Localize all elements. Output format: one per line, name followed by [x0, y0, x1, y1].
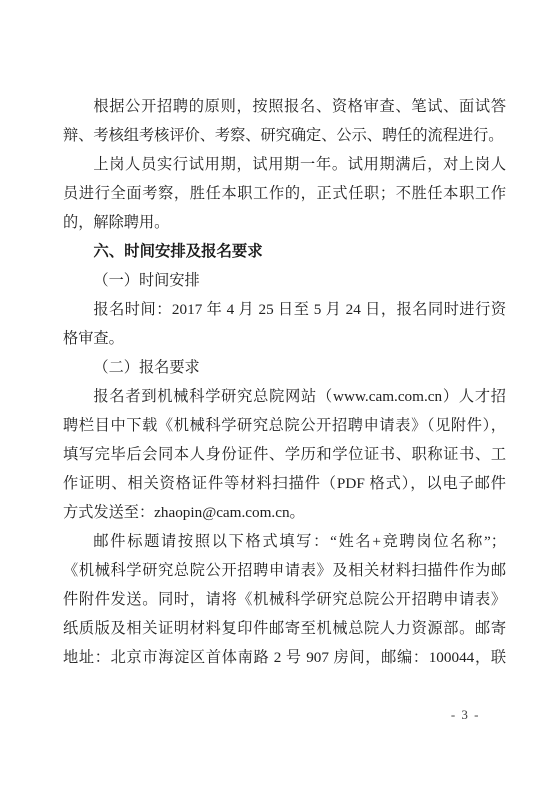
- document-line: 上岗人员实行试用期，试用期一年。试用期满后，对上岗人: [63, 150, 506, 179]
- document-line: （二）报名要求: [63, 353, 506, 382]
- document-line: 根据公开招聘的原则，按照报名、资格审查、笔试、面试答: [63, 92, 506, 121]
- document-line: 的，解除聘用。: [63, 208, 506, 237]
- page-number: - 3 -: [63, 705, 480, 725]
- document-line: （一）时间安排: [63, 266, 506, 295]
- document-line: 纸质版及相关证明材料复印件邮寄至机械总院人力资源部。邮寄: [63, 614, 506, 643]
- document-line: 邮件标题请按照以下格式填写：“姓名+竞聘岗位名称”；: [63, 527, 506, 556]
- document-body: 根据公开招聘的原则，按照报名、资格审查、笔试、面试答辩、考核组考核评价、考察、研…: [63, 92, 506, 672]
- section-heading: 六、时间安排及报名要求: [63, 237, 506, 266]
- document-line: 件附件发送。同时，请将《机械科学研究总院公开招聘申请表》: [63, 585, 506, 614]
- document-line: 辩、考核组考核评价、考察、研究确定、公示、聘任的流程进行。: [63, 121, 506, 150]
- document-line: 作证明、相关资格证件等材料扫描件（PDF 格式），以电子邮件: [63, 469, 506, 498]
- document-line: 报名时间：2017 年 4 月 25 日至 5 月 24 日，报名同时进行资: [63, 295, 506, 324]
- document-line: 《机械科学研究总院公开招聘申请表》及相关材料扫描件作为邮: [63, 556, 506, 585]
- document-line: 方式发送至：zhaopin@cam.com.cn。: [63, 498, 506, 527]
- document-page: 根据公开招聘的原则，按照报名、资格审查、笔试、面试答辩、考核组考核评价、考察、研…: [0, 0, 558, 786]
- document-line: 地址：北京市海淀区首体南路 2 号 907 房间，邮编：100044，联: [63, 643, 506, 672]
- document-line: 报名者到机械科学研究总院网站（www.cam.com.cn）人才招: [63, 382, 506, 411]
- document-line: 员进行全面考察，胜任本职工作的，正式任职；不胜任本职工作: [63, 179, 506, 208]
- document-line: 格审查。: [63, 324, 506, 353]
- document-line: 聘栏目中下载《机械科学研究总院公开招聘申请表》（见附件），: [63, 411, 506, 440]
- document-line: 填写完毕后会同本人身份证件、学历和学位证书、职称证书、工: [63, 440, 506, 469]
